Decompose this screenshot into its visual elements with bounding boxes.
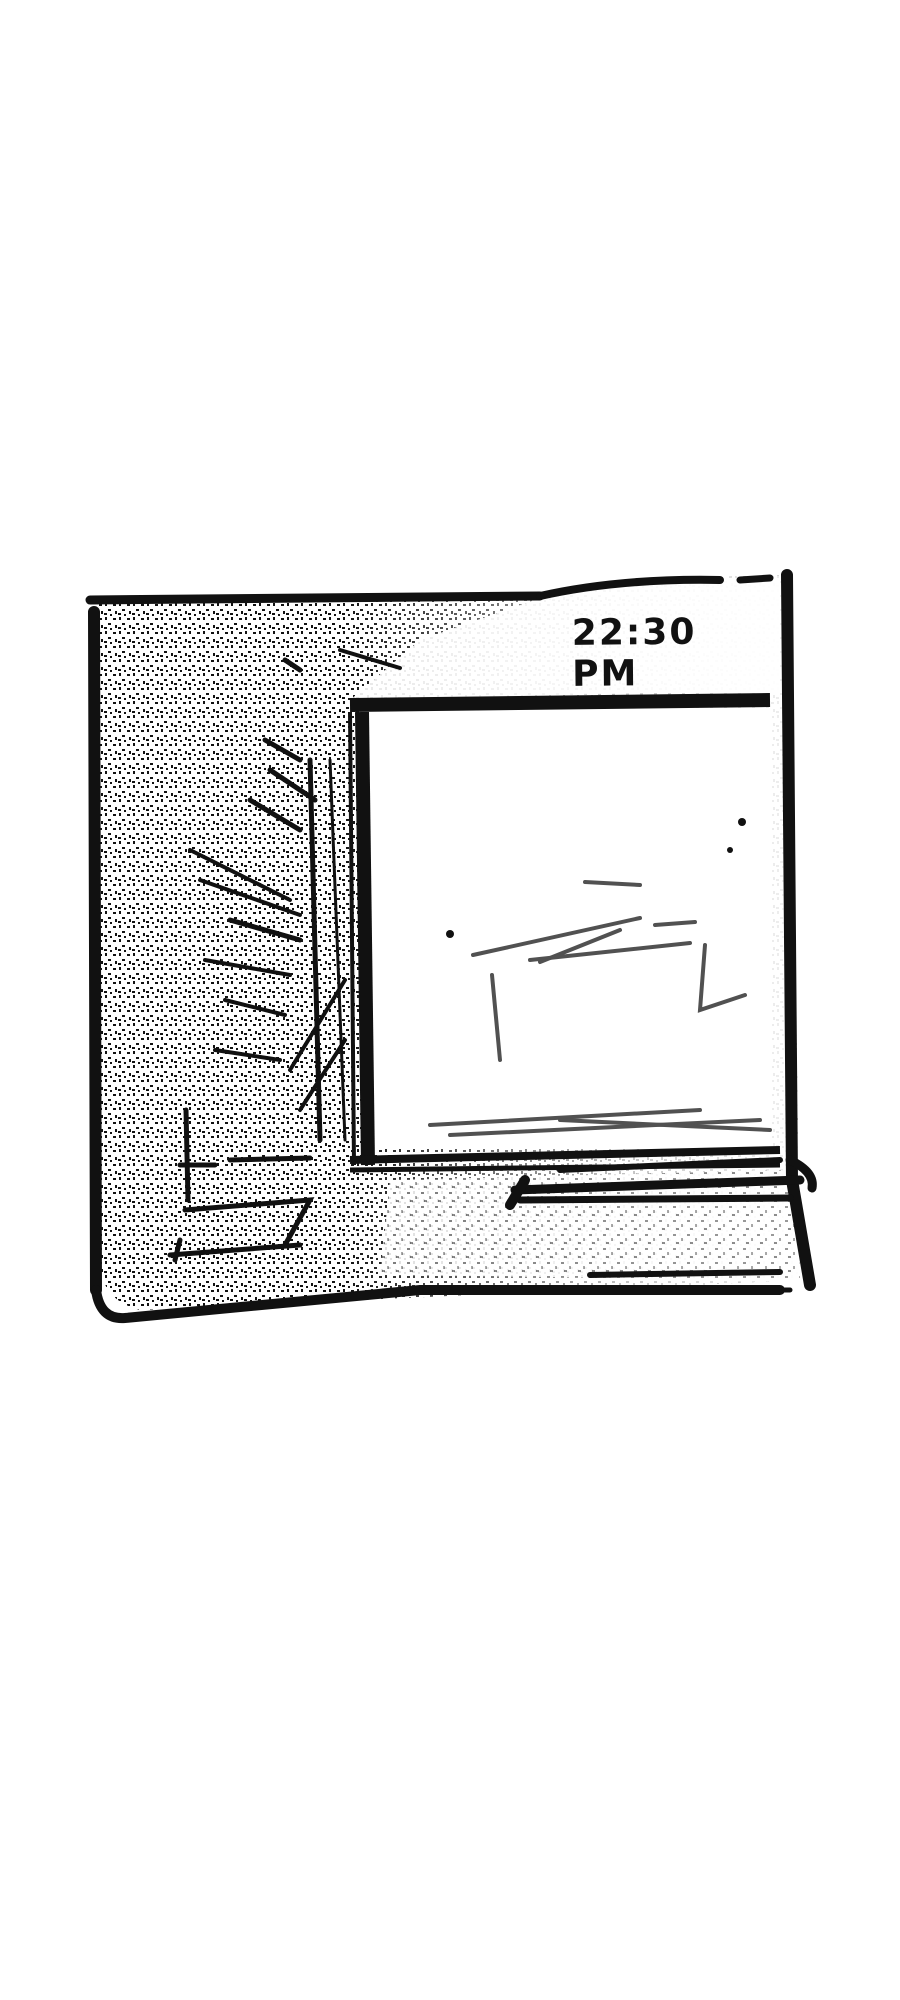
clock-time: 22:30 PM (572, 611, 773, 695)
window-pane-icon (350, 700, 780, 1170)
sketch-canvas (0, 0, 900, 2000)
